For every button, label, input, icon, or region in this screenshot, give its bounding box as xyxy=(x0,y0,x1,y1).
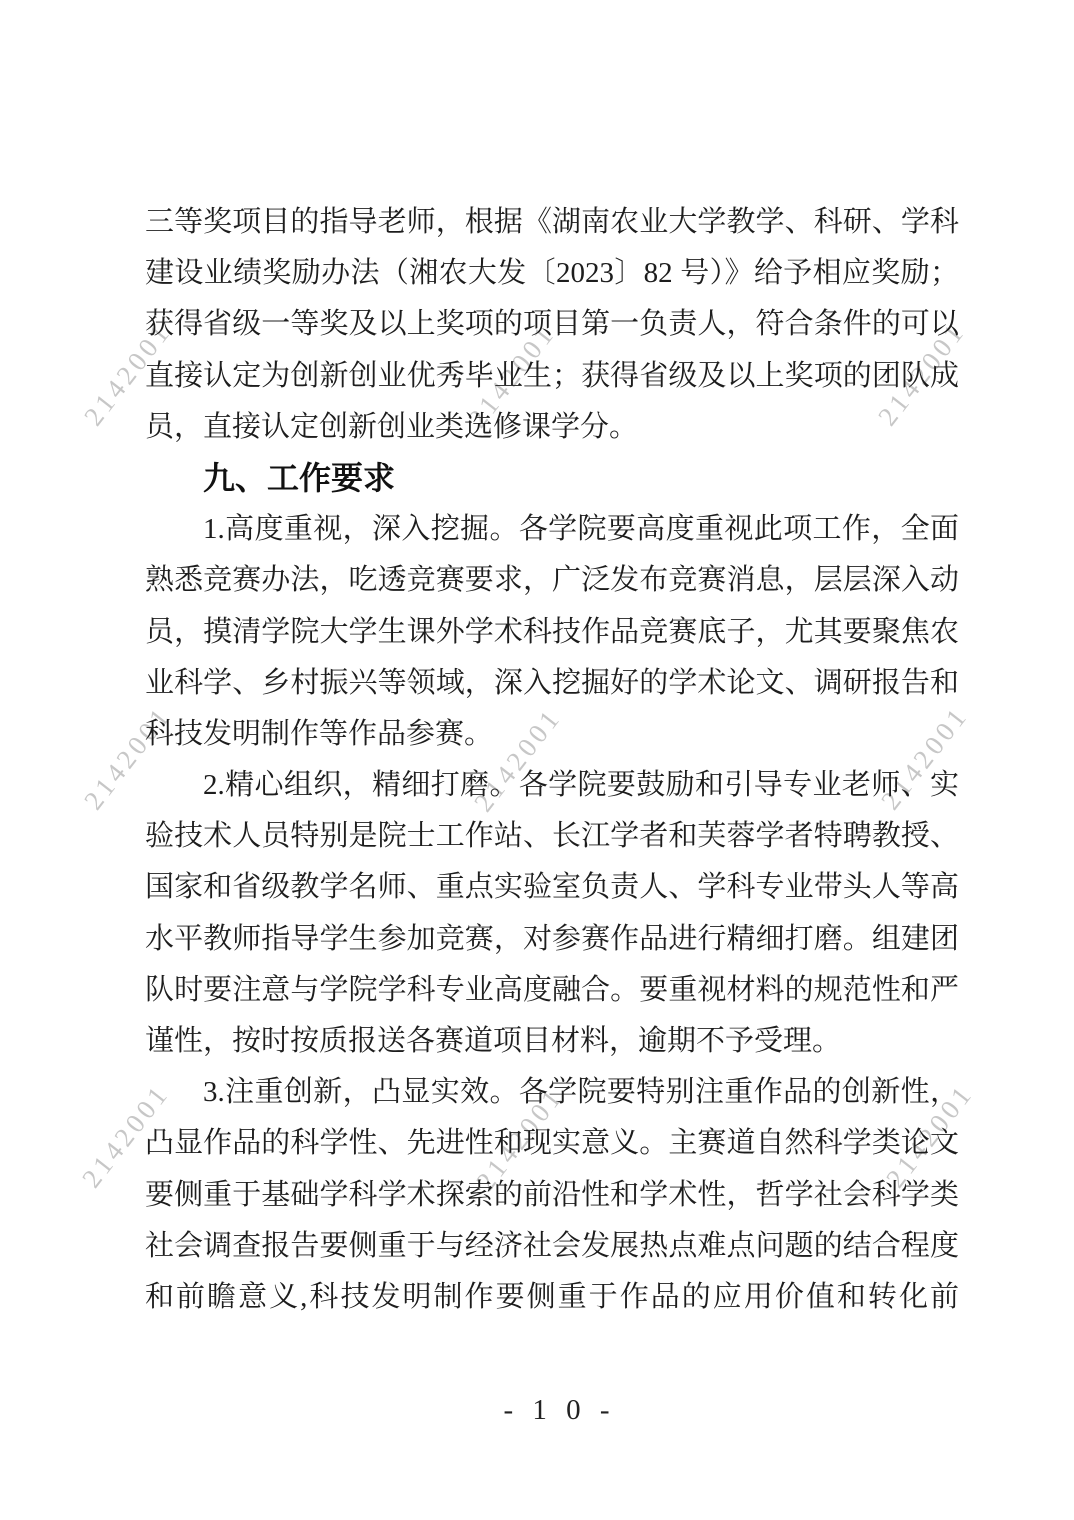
text-line: 三等奖项目的指导老师，根据《湖南农业大学教学、科研、学科 xyxy=(145,197,959,248)
text-line: 员，摸清学院大学生课外学术科技作品竞赛底子，尤其要聚焦农 xyxy=(145,607,959,658)
text-line: 队时要注意与学院学科专业高度融合。要重视材料的规范性和严 xyxy=(145,965,959,1016)
text-line: 建设业绩奖励办法（湘农大发〔2023〕82 号）》给予相应奖励； xyxy=(145,248,959,299)
text-line: 直接认定为创新创业优秀毕业生；获得省级及以上奖项的团队成 xyxy=(145,351,959,402)
section-heading: 九、工作要求 xyxy=(145,453,959,504)
text-line: 国家和省级教学名师、重点实验室负责人、学科专业带头人等高 xyxy=(145,862,959,913)
text-line: 谨性，按时按质报送各赛道项目材料，逾期不予受理。 xyxy=(145,1016,959,1067)
text-block: 三等奖项目的指导老师，根据《湖南农业大学教学、科研、学科建设业绩奖励办法（湘农大… xyxy=(145,197,959,1323)
text-line: 获得省级一等奖及以上奖项的项目第一负责人，符合条件的可以 xyxy=(145,299,959,350)
text-line: 水平教师指导学生参加竞赛，对参赛作品进行精细打磨。组建团 xyxy=(145,914,959,965)
page-number: - 1 0 - xyxy=(45,1394,1074,1427)
text-line: 业科学、乡村振兴等领域，深入挖掘好的学术论文、调研报告和 xyxy=(145,658,959,709)
text-line: 熟悉竞赛办法，吃透竞赛要求，广泛发布竞赛消息，层层深入动 xyxy=(145,555,959,606)
document-page: 2142001214200121420012142001214200121420… xyxy=(0,0,1074,1520)
text-line: 科技发明制作等作品参赛。 xyxy=(145,709,959,760)
text-line: 2.精心组织，精细打磨。各学院要鼓励和引导专业老师、实 xyxy=(145,760,959,811)
text-line: 和前瞻意义,科技发明制作要侧重于作品的应用价值和转化前景； xyxy=(145,1272,959,1323)
text-line: 社会调查报告要侧重于与经济社会发展热点难点问题的结合程度 xyxy=(145,1221,959,1272)
text-line: 1.高度重视，深入挖掘。各学院要高度重视此项工作，全面 xyxy=(145,504,959,555)
text-line: 3.注重创新，凸显实效。各学院要特别注重作品的创新性， xyxy=(145,1067,959,1118)
text-line: 凸显作品的科学性、先进性和现实意义。主赛道自然科学类论文 xyxy=(145,1118,959,1169)
text-line: 员，直接认定创新创业类选修课学分。 xyxy=(145,402,959,453)
text-line: 要侧重于基础学科学术探索的前沿性和学术性，哲学社会科学类 xyxy=(145,1170,959,1221)
text-line: 验技术人员特别是院士工作站、长江学者和芙蓉学者特聘教授、 xyxy=(145,811,959,862)
